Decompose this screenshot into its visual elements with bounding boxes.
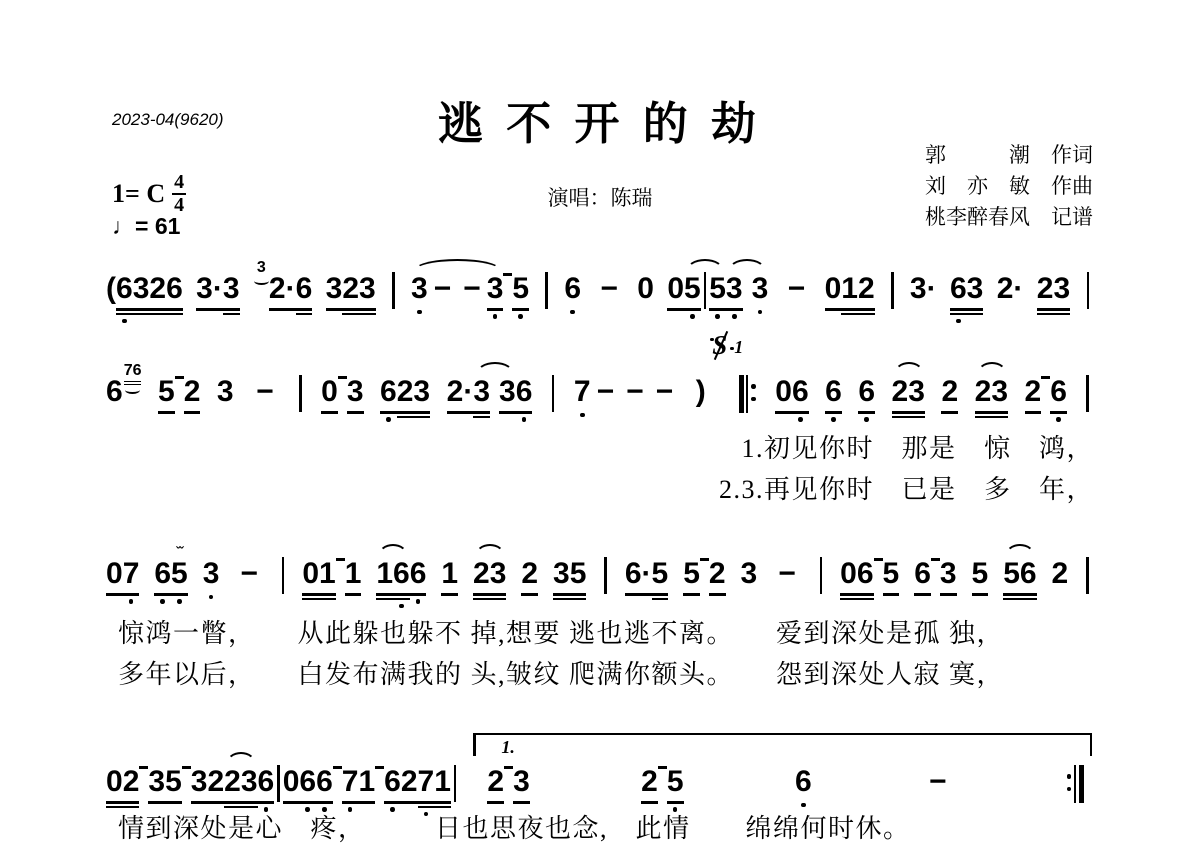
measure-group: 623: [380, 375, 430, 422]
beam-line: [950, 308, 967, 311]
beam-line: [487, 308, 504, 311]
barline-cell: [817, 557, 826, 594]
beam-line: [825, 411, 842, 414]
octave-dot: [160, 599, 165, 604]
note-digit: 2: [941, 375, 958, 409]
measure-group: 23: [1037, 272, 1070, 315]
barline: [1083, 375, 1092, 412]
beam-line: [299, 801, 316, 804]
note-digit: 5: [512, 272, 529, 306]
note-token: 3: [359, 272, 376, 315]
beam-line: [397, 411, 414, 414]
note-token: 6: [1050, 375, 1067, 422]
beam-line: [1020, 593, 1037, 596]
barline: [817, 557, 826, 594]
note-token: 2: [397, 375, 414, 418]
note-digit: 2: [521, 557, 538, 591]
segno-number: 1: [734, 337, 743, 358]
note-digit: 2: [641, 765, 658, 799]
beam-line: [570, 593, 587, 596]
lyrics-verse1-line2: 2.3.再见你时 已是 多 年，: [719, 469, 1094, 510]
measure-group: −: [923, 765, 953, 812]
beam-line: [553, 598, 570, 601]
barline-mark: [282, 557, 285, 594]
barline-cell: [451, 765, 460, 802]
beam-line: [116, 313, 133, 316]
measure-group: 67: [316, 765, 358, 812]
measure-group: 23: [224, 765, 257, 808]
octave-dot: [715, 314, 720, 319]
note-token: 3: [967, 272, 984, 315]
note-token: 3: [741, 557, 758, 591]
note-token: 6: [857, 557, 874, 600]
lyrics-verse1-line1: 1.初见你时 那是 惊 鸿，: [741, 428, 1094, 469]
measure-group: 03: [321, 375, 363, 414]
note-digit: ·: [213, 272, 223, 306]
note-digit: 1: [841, 272, 858, 306]
note-digit: 0: [321, 375, 338, 409]
barline: [1084, 272, 1093, 309]
note-token: 3: [347, 375, 364, 414]
note-digit: 3: [223, 272, 240, 306]
note-token: 5: [158, 375, 175, 414]
octave-dot: [690, 314, 695, 319]
octave-dot: [129, 599, 134, 604]
note-digit: 3: [991, 375, 1008, 409]
beam-line: [165, 801, 182, 804]
note-digit: 0: [775, 375, 792, 409]
note-digit: 5: [652, 557, 669, 591]
note-token: 5: [709, 272, 726, 319]
measure-group: 23: [487, 765, 529, 812]
measure-group: 6: [564, 272, 581, 314]
note-token: 2: [342, 272, 359, 315]
note-digit: 3: [148, 765, 165, 799]
measure-group: 6: [825, 375, 842, 422]
note-digit: 2: [858, 272, 875, 306]
note-token: 3: [991, 375, 1008, 418]
note-token: 0: [637, 272, 654, 306]
measure-group: 2·: [997, 272, 1024, 306]
segno-dot: [730, 347, 733, 350]
note-digit: 2: [487, 765, 504, 799]
grace-slur-icon: [254, 277, 269, 285]
note-token: 2: [1052, 557, 1069, 591]
note-token: 2: [521, 557, 538, 596]
octave-dot: [386, 417, 391, 422]
note-digit: 3: [910, 272, 927, 306]
note-digit: 3: [513, 765, 530, 799]
note-token: [503, 272, 512, 276]
beam-line: [269, 308, 286, 311]
note-digit: 5: [1003, 557, 1020, 591]
measure-group: 63: [950, 272, 983, 323]
note-token: 2: [123, 765, 140, 808]
beam-line: [434, 801, 451, 804]
note-digit: 3: [326, 272, 343, 306]
beam-line: [393, 593, 410, 596]
barline: [389, 272, 398, 309]
measure-group: 023: [106, 765, 165, 808]
beam-line: [336, 558, 345, 561]
note-digit: 2: [224, 765, 241, 799]
dot-of-duration: ·: [642, 557, 652, 596]
beam-line: [1053, 308, 1070, 311]
note-digit: 2: [892, 375, 909, 409]
note-token: 5: [165, 765, 182, 804]
note-token: 0: [667, 272, 684, 311]
note-digit: 1: [319, 557, 336, 591]
note-digit: 2: [997, 272, 1014, 306]
beam-line: [892, 416, 909, 419]
barline-mark: [1087, 272, 1090, 309]
note-digit: −: [256, 375, 274, 409]
octave-dot: [798, 417, 803, 422]
octave-dot: [732, 314, 737, 319]
barline-mark: [454, 765, 457, 802]
measure-group: −: [782, 272, 812, 306]
octave-dot: [416, 599, 421, 604]
beam-line: [941, 411, 958, 414]
tie-slur-icon: [476, 362, 514, 374]
note-token: 7: [123, 557, 140, 604]
note-token: 1: [376, 557, 393, 600]
octave-dot: [758, 310, 763, 315]
beam-line: [700, 558, 709, 561]
beam-line: [473, 598, 490, 601]
note-digit: 0: [637, 272, 654, 306]
beam-line: [553, 593, 570, 596]
note-token: (: [106, 272, 116, 306]
thick-bar: [1079, 765, 1084, 803]
beam-line: [642, 593, 652, 596]
beam-line: [667, 308, 684, 311]
beam-line: [319, 598, 336, 601]
note-digit: (: [106, 272, 116, 306]
beam-line: [116, 308, 133, 311]
note-token: 2: [401, 765, 418, 804]
beam-line: [825, 308, 842, 311]
measure-group: 35: [553, 557, 586, 600]
note-token: 6: [625, 557, 642, 596]
beam-line: [931, 558, 940, 561]
note-digit: 1: [376, 557, 393, 591]
beam-line: [892, 411, 909, 414]
note-token: [182, 765, 191, 769]
measure-group: 6: [258, 765, 275, 812]
note-token: 3: [326, 272, 343, 311]
note-token: 6: [116, 272, 133, 323]
beam-line: [413, 411, 430, 414]
measure-group: 3: [203, 557, 220, 599]
octave-dot: [831, 417, 836, 422]
note-digit: 1: [358, 765, 375, 799]
beam-line: [154, 593, 171, 596]
note-token: 3: [1053, 272, 1070, 315]
beam-line: [967, 313, 984, 316]
note-token: 3: [217, 375, 234, 409]
beam-line: [473, 411, 490, 414]
dot-of-duration: ·: [463, 375, 473, 414]
note-digit: 6: [154, 557, 171, 591]
note-token: 0: [302, 557, 319, 600]
note-digit: 0: [667, 272, 684, 306]
beam-line: [512, 308, 529, 311]
note-digit: 2: [184, 375, 201, 409]
note-token: 3: [223, 272, 240, 315]
note-digit: 7: [574, 375, 591, 409]
barline-cell: [542, 272, 551, 309]
beam-line: [316, 801, 333, 804]
note-digit: 5: [667, 765, 684, 799]
key-signature: 1= C 4 4: [112, 172, 186, 216]
note-digit: 2: [123, 765, 140, 799]
beam-line: [841, 313, 858, 316]
measure-group: 32·6: [253, 272, 312, 315]
measure-group: 2: [1052, 557, 1069, 591]
octave-dot: [956, 319, 961, 324]
note-token: 5: [683, 557, 700, 596]
measure-group: −: [594, 272, 624, 306]
beam-line: [397, 416, 414, 419]
octave-dot: [522, 417, 527, 422]
barline-mark: [392, 272, 395, 309]
note-digit: 2: [1037, 272, 1054, 306]
measure-group: 065: [840, 557, 899, 600]
beam-line: [224, 801, 241, 804]
note-token: 3: [940, 557, 957, 596]
note-digit: 5: [684, 272, 701, 306]
tie-slur-icon: [1005, 544, 1035, 556]
note-digit: 2: [207, 765, 224, 799]
note-token: 2: [941, 375, 958, 414]
beam-line: [709, 308, 726, 311]
measure-group: 05533: [667, 272, 768, 319]
note-token: 3: [473, 375, 490, 418]
note-token: 5ˇˇ: [171, 557, 188, 604]
measure-group: 3·3: [196, 272, 239, 315]
beam-line: [106, 801, 123, 804]
note-digit: 3: [217, 375, 234, 409]
measure-group: 011: [302, 557, 361, 600]
barline: [601, 557, 610, 594]
barline-cell: [389, 272, 398, 309]
beam-line: [133, 308, 150, 311]
beam-line: [641, 801, 658, 804]
beam-line: [384, 801, 401, 804]
beam-line: [991, 411, 1008, 414]
note-token: 1: [358, 765, 375, 804]
note-token: 5: [570, 557, 587, 600]
measure-group: (6326: [106, 272, 183, 323]
note-digit: 3: [191, 765, 208, 799]
note-digit: 3: [940, 557, 957, 591]
note-digit: 3: [499, 375, 516, 409]
beam-line: [857, 593, 874, 596]
note-digit: −: [656, 375, 674, 409]
note-digit: 6: [384, 765, 401, 799]
note-token: [1041, 375, 1050, 379]
note-digit: 2: [709, 557, 726, 591]
note-digit: 3: [347, 375, 364, 409]
note-token: 3: [241, 765, 258, 808]
beam-line: [503, 273, 512, 276]
duration-dash: −: [434, 272, 452, 306]
beam-line: [513, 801, 530, 804]
beam-line: [376, 598, 393, 601]
note-token: 0: [106, 557, 123, 596]
lyricist-credit: 郭 潮 作词: [925, 140, 1093, 171]
measure-group: 012: [825, 272, 875, 315]
note-digit: 0: [302, 557, 319, 591]
repeat-dots: [748, 384, 759, 401]
measure-group: 07: [106, 557, 139, 604]
note-token: 2: [149, 272, 166, 315]
music-line-3: 0765ˇˇ3−0111661232356·5523−065635562: [106, 557, 1092, 608]
note-digit: ·: [1013, 272, 1023, 306]
beam-line: [302, 598, 319, 601]
dot-of-duration: ·: [286, 272, 296, 311]
barline-cell: [274, 765, 283, 802]
note-token: 5: [1003, 557, 1020, 600]
measure-group: 2·336: [447, 375, 533, 422]
measure-group: −: [250, 375, 280, 409]
note-token: [700, 557, 709, 561]
tie-slur-icon: [413, 259, 502, 271]
beam-line: [139, 766, 148, 769]
note-token: 3: [196, 272, 213, 311]
note-token: [175, 375, 184, 379]
octave-dot: [122, 319, 127, 324]
beam-line: [123, 801, 140, 804]
beam-line: [175, 376, 184, 379]
note-digit: −: [463, 272, 481, 306]
beam-line: [319, 593, 336, 596]
beam-line: [1025, 411, 1042, 414]
measure-group: 2: [521, 557, 538, 596]
note-token: 5: [972, 557, 989, 596]
note-digit: 6: [625, 557, 642, 591]
barline-cell: [1084, 272, 1093, 309]
note-digit: 6: [299, 765, 316, 799]
note-digit: 3: [413, 375, 430, 409]
beam-line: [171, 593, 188, 596]
note-digit: 6: [380, 375, 397, 409]
beam-line: [149, 313, 166, 316]
lyrics-verse3-line1: 情到深处是心 疼， 日也思夜也念, 此情 绵绵何时休。: [118, 808, 911, 849]
music-line-2: 676523−036232·3367−−−)S106662322326: [106, 375, 1092, 422]
beam-line: [792, 411, 809, 414]
beam-line: [148, 801, 165, 804]
note-digit: 5: [972, 557, 989, 591]
measure-group: −: [772, 557, 802, 591]
note-token: 2: [709, 557, 726, 596]
note-token: 1: [841, 272, 858, 315]
note-digit: 6: [116, 272, 133, 306]
note-token: 0: [825, 272, 842, 311]
beam-line: [283, 801, 300, 804]
barline: [542, 272, 551, 309]
note-token: 3: [133, 272, 150, 315]
grace-beam: [124, 381, 142, 383]
tie-slur-icon: [686, 259, 724, 271]
note-digit: 3: [473, 375, 490, 409]
note-digit: 3: [908, 375, 925, 409]
note-digit: 0: [283, 765, 300, 799]
mordent-icon: ˇˇ: [176, 544, 183, 559]
note-token: [333, 765, 342, 769]
beam-line: [858, 411, 875, 414]
note-digit: 1: [434, 765, 451, 799]
note-token: 2: [997, 272, 1014, 306]
measure-group: 3: [741, 557, 758, 591]
lyrics-verse2-line1: 惊鸿一瞥， 从此躲也躲不 掉,想要 逃也逃不离。 爱到深处是孤 独，: [118, 613, 1004, 654]
note-token: [504, 765, 513, 769]
tempo-marking: ♩= 61: [112, 213, 180, 240]
duration-dash: −: [597, 375, 615, 409]
note-token: 6: [564, 272, 581, 314]
note-digit: −: [626, 375, 644, 409]
beam-line: [658, 766, 667, 769]
note-token: 0: [840, 557, 857, 600]
beam-line: [1037, 308, 1054, 311]
grace-slur-icon: [125, 386, 140, 394]
measure-group: 7−−−: [574, 375, 679, 417]
barline-mark: [299, 375, 302, 412]
duration-dash: −: [240, 557, 258, 591]
note-digit: −: [778, 557, 796, 591]
note-digit: −: [434, 272, 452, 306]
note-digit: 2: [269, 272, 286, 306]
barline: [1083, 557, 1092, 594]
sheet-music-page: { "meta": "2023-04(9620)", "title": "逃 不…: [0, 0, 1200, 850]
measure-group: 63: [914, 557, 956, 596]
note-digit: 2: [1025, 375, 1042, 409]
measure-group: 25: [641, 765, 683, 812]
note-digit: 6: [316, 765, 333, 799]
note-digit: 1: [345, 557, 362, 591]
note-digit: 3: [1053, 272, 1070, 306]
measure-group: −: [234, 557, 264, 591]
octave-dot: [209, 595, 214, 600]
note-token: 2: [641, 765, 658, 804]
beam-line: [321, 411, 338, 414]
note-token: 6: [316, 765, 333, 812]
barline: [296, 375, 305, 412]
beam-line: [358, 801, 375, 804]
beam-line: [401, 801, 418, 804]
note-token: 2: [207, 765, 224, 804]
barline-cell: [549, 375, 558, 412]
beam-line: [241, 801, 258, 804]
note-digit: 3: [741, 557, 758, 591]
beam-line: [570, 598, 587, 601]
note-digit: ): [696, 375, 706, 409]
note-digit: 2: [342, 272, 359, 306]
note-token: 2: [224, 765, 241, 808]
note-digit: 7: [123, 557, 140, 591]
note-digit: 3: [411, 272, 428, 306]
note-digit: 0: [106, 765, 123, 799]
note-digit: 6: [857, 557, 874, 591]
measure-group: 56: [1003, 557, 1036, 600]
beam-line: [359, 308, 376, 311]
barline: [549, 375, 558, 412]
note-digit: 5: [883, 557, 900, 591]
note-token: 2: [1037, 272, 1054, 315]
duration-dash: −: [788, 272, 806, 306]
note-digit: 5: [158, 375, 175, 409]
